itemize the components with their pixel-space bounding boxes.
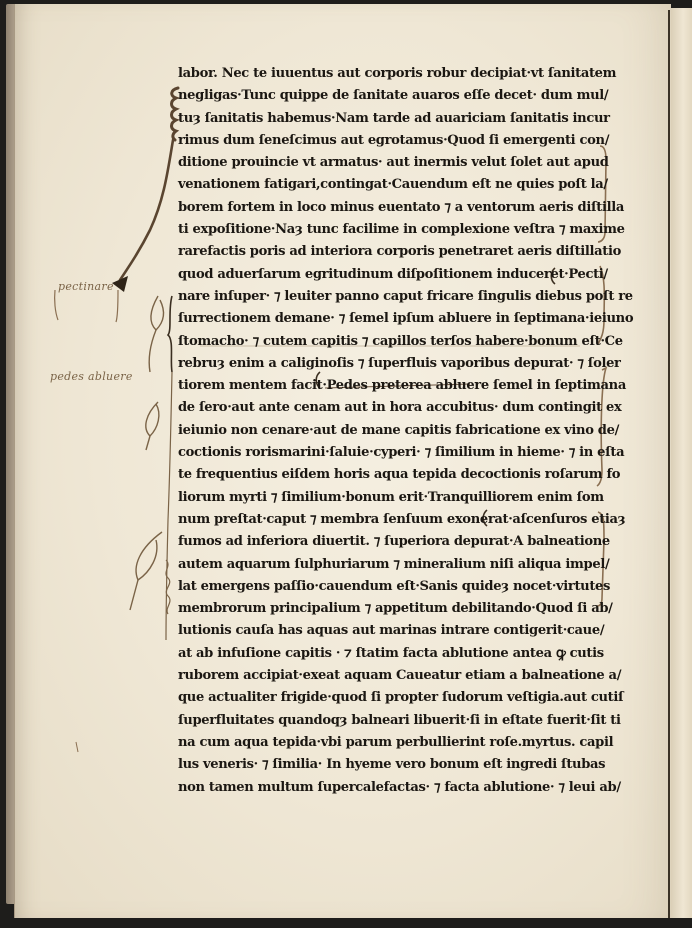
text-line: nare inſuper· ⁊ leuiter panno caput fric… bbox=[178, 286, 598, 309]
text-line: de ſero·aut ante cenam aut in hora accub… bbox=[178, 397, 598, 420]
text-line: liorum myrti ⁊ ſimilium·bonum erit·Tranq… bbox=[178, 486, 598, 509]
text-line: lat emergens paſſio·cauendum eſt·Sanis q… bbox=[178, 576, 598, 599]
marginal-annotation-pedes-abluere: pedes abluere bbox=[50, 370, 133, 383]
text-line: ſurrectionem demane· ⁊ ſemel ipſum ablue… bbox=[178, 308, 598, 331]
text-line: ieiunio non cenare·aut de mane capitis f… bbox=[178, 420, 598, 443]
printed-text-block: labor. Nec te iuuentus aut corporis robu… bbox=[178, 63, 598, 799]
text-line: borem fortem in loco minus euentato ⁊ a … bbox=[178, 197, 598, 220]
text-line: ti expoſitione·Naȝ tunc facilime in comp… bbox=[178, 219, 598, 242]
text-line: ruborem accipiat·exeat aquam Caueatur et… bbox=[178, 665, 598, 688]
text-line: quod aduerſarum egritudinum diſpoſitione… bbox=[178, 263, 598, 286]
text-line: autem aquarum ſulphuriarum ⁊ mineralium … bbox=[178, 553, 598, 576]
gutter-fold bbox=[668, 10, 670, 918]
text-line: ſtomacho· ⁊ cutem capitis ⁊ capillos ter… bbox=[178, 330, 598, 353]
text-line: que actualiter frigide·quod ſi propter ſ… bbox=[178, 687, 598, 710]
text-line: venationem fatigari,contingat·Cauendum e… bbox=[178, 174, 598, 197]
text-line: negligas·Tunc quippe de ſanitate auaros … bbox=[178, 85, 598, 108]
text-line: membrorum principalium ⁊ appetitum debil… bbox=[178, 598, 598, 621]
text-line: non tamen multum ſupercalefactas· ⁊ fact… bbox=[178, 776, 598, 799]
text-line: na cum aqua tepida·vbi parum perbullieri… bbox=[178, 732, 598, 755]
text-line: at ab infuſione capitis · ⁊ ſtatim facta… bbox=[178, 642, 598, 665]
text-line: fumos ad inferiora diuertit. ⁊ ſuperiora… bbox=[178, 531, 598, 554]
text-line: coctionis rorismarini·ſaluie·cyperi· ⁊ ſ… bbox=[178, 442, 598, 465]
text-line: labor. Nec te iuuentus aut corporis robu… bbox=[178, 63, 598, 86]
bottom-shadow bbox=[0, 918, 692, 928]
text-line: te frequentius eiſdem horis aqua tepida … bbox=[178, 464, 598, 487]
text-line: rimus dum ſeneſcimus aut egrotamus·Quod … bbox=[178, 130, 598, 153]
text-line: rarefactis poris ad interiora corporis p… bbox=[178, 241, 598, 264]
marginal-annotation-pectinare: pectinare bbox=[58, 280, 114, 293]
text-line: tiorem mentem facit·Pedes preterea ablue… bbox=[178, 375, 598, 398]
facing-page-edge bbox=[670, 8, 692, 928]
text-line: tuȝ ſanitatis habemus·Nam tarde ad auari… bbox=[178, 107, 598, 130]
text-line: lus veneris· ⁊ ſimilia· In hyeme vero bo… bbox=[178, 754, 598, 777]
text-line: num preſtat·caput ⁊ membra ſenſuum exone… bbox=[178, 509, 598, 532]
text-line: ditione prouincie vt armatus· aut inermi… bbox=[178, 152, 598, 175]
text-line: ſuperfluitates quandoqȝ balneari libueri… bbox=[178, 709, 598, 732]
text-line: lutionis cauſa has aquas aut marinas int… bbox=[178, 620, 598, 643]
text-line: rebruȝ enim a caliginoſis ⁊ ſuperfluis v… bbox=[178, 353, 598, 376]
